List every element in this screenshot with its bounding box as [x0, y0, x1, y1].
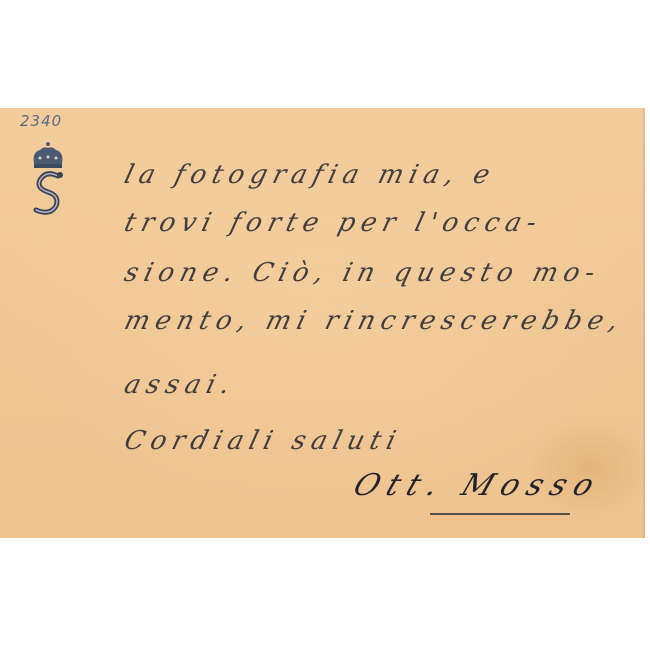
- letter-line-1: la fotografia mia, e: [121, 160, 499, 190]
- closing-salutation: Cordiali saluti: [121, 426, 404, 456]
- letter-paper: 2340 la fotografia mia, e trovi forte pe…: [0, 108, 645, 538]
- signature: Ott. Mosso: [349, 468, 607, 503]
- letter-line-3: sione. Ciò, in questo mo-: [121, 258, 604, 288]
- royal-crest-icon: [28, 138, 68, 218]
- archive-number: 2340: [20, 112, 62, 130]
- signature-underline: [430, 513, 570, 515]
- letter-line-5: assai.: [121, 370, 239, 400]
- monogram-s-icon: [36, 172, 63, 212]
- letter-line-2: trovi forte per l'occa-: [121, 208, 545, 238]
- letter-line-4: mento, mi rincrescerebbe,: [121, 306, 627, 336]
- royal-crown-icon: [34, 142, 63, 168]
